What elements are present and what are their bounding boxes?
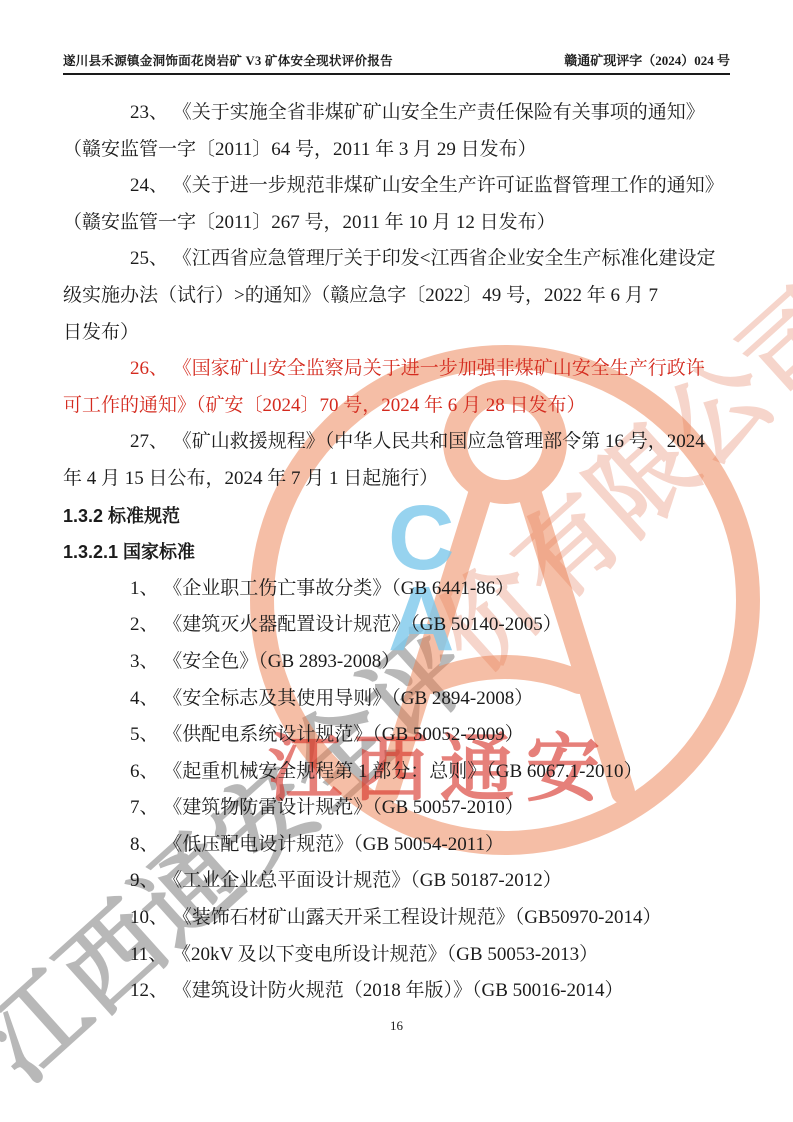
standard-item-10: 10、 《装饰石材矿山露天开采工程设计规范》（GB50970-2014）	[63, 900, 730, 937]
standard-item-5: 5、 《供配电系统设计规范》（GB 50052-2009）	[63, 717, 730, 754]
header-document-number: 赣通矿现评字（2024）024 号	[564, 50, 730, 69]
paragraph-25-line: 日发布）	[63, 315, 730, 352]
standard-item-9: 9、 《工业企业总平面设计规范》（GB 50187-2012）	[63, 863, 730, 900]
standard-item-4: 4、 《安全标志及其使用导则》（GB 2894-2008）	[63, 681, 730, 718]
section-heading-1-3-2-1: 1.3.2.1 国家标准	[63, 534, 730, 571]
page-number: 16	[390, 1018, 403, 1033]
paragraph-26-line-red: 可工作的通知》（矿安〔2024〕70 号，2024 年 6 月 28 日发布）	[63, 388, 730, 425]
section-heading-1-3-2: 1.3.2 标准规范	[63, 498, 730, 535]
paragraph-23-line: 23、 《关于实施全省非煤矿矿山安全生产责任保险有关事项的通知》	[63, 95, 730, 132]
page-header: 遂川县禾源镇金洞饰面花岗岩矿 V3 矿体安全现状评价报告 赣通矿现评字（2024…	[63, 50, 730, 75]
report-page: { "header": { "left": "遂川县禾源镇金洞饰面花岗岩矿 V3…	[0, 0, 793, 1122]
header-report-title: 遂川县禾源镇金洞饰面花岗岩矿 V3 矿体安全现状评价报告	[63, 51, 393, 69]
paragraph-27-line: 27、 《矿山救援规程》（中华人民共和国应急管理部令第 16 号，2024	[63, 424, 730, 461]
standard-item-12: 12、 《建筑设计防火规范（2018 年版）》（GB 50016-2014）	[63, 973, 730, 1010]
standard-item-7: 7、 《建筑物防雷设计规范》（GB 50057-2010）	[63, 790, 730, 827]
paragraph-25-line: 25、 《江西省应急管理厅关于印发<江西省企业安全生产标准化建设定	[63, 241, 730, 278]
standard-item-8: 8、 《低压配电设计规范》（GB 50054-2011）	[63, 827, 730, 864]
standard-item-3: 3、 《安全色》（GB 2893-2008）	[63, 644, 730, 681]
document-body: 23、 《关于实施全省非煤矿矿山安全生产责任保险有关事项的通知》 （赣安监管一字…	[63, 95, 730, 1010]
page-footer: 16	[0, 1018, 793, 1034]
paragraph-24-line: 24、 《关于进一步规范非煤矿山安全生产许可证监督管理工作的通知》	[63, 168, 730, 205]
standard-item-11: 11、 《20kV 及以下变电所设计规范》（GB 50053-2013）	[63, 937, 730, 974]
paragraph-23-line: （赣安监管一字〔2011〕64 号，2011 年 3 月 29 日发布）	[63, 132, 730, 169]
paragraph-24-line: （赣安监管一字〔2011〕267 号，2011 年 10 月 12 日发布）	[63, 205, 730, 242]
paragraph-27-line: 年 4 月 15 日公布，2024 年 7 月 1 日起施行）	[63, 461, 730, 498]
standard-item-1: 1、 《企业职工伤亡事故分类》（GB 6441-86）	[63, 571, 730, 608]
paragraph-25-line: 级实施办法（试行）>的通知》（赣应急字〔2022〕49 号，2022 年 6 月…	[63, 278, 730, 315]
standard-item-6: 6、 《起重机械安全规程第 1 部分：总则》（GB 6067.1-2010）	[63, 754, 730, 791]
paragraph-26-line-red: 26、 《国家矿山安全监察局关于进一步加强非煤矿山安全生产行政许	[63, 351, 730, 388]
standard-item-2: 2、 《建筑灭火器配置设计规范》（GB 50140-2005）	[63, 607, 730, 644]
